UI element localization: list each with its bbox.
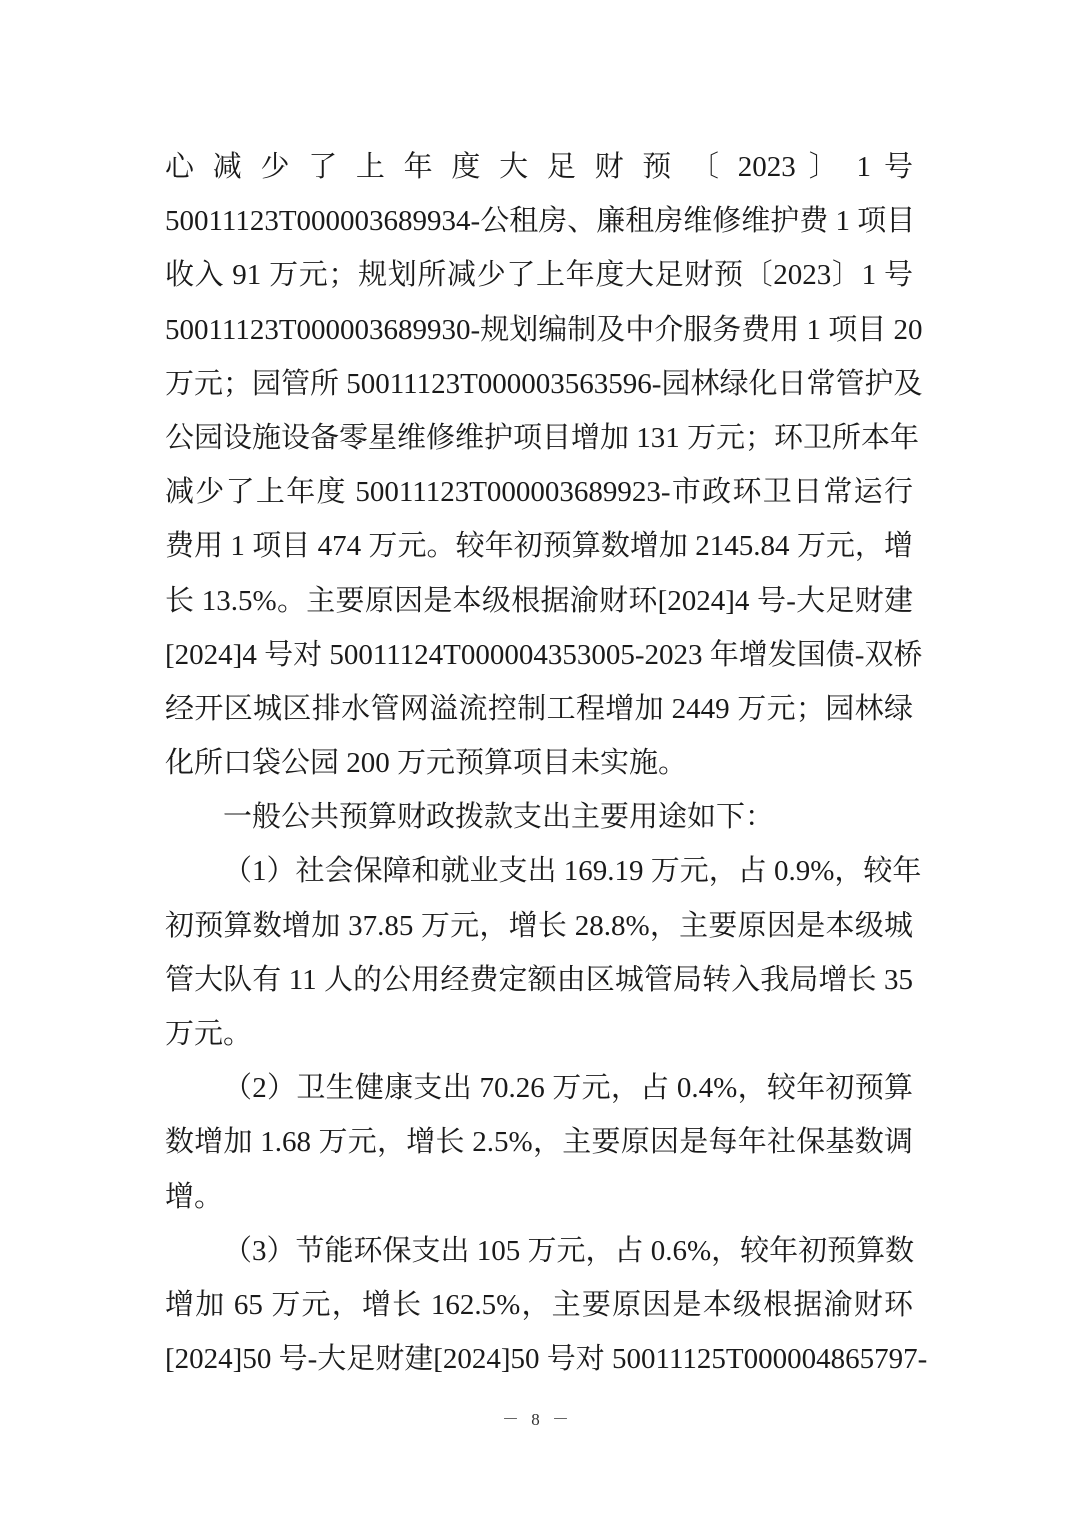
text-line: 心 减 少 了 上 年 度 大 足 财 预 〔 2023 〕 1 号 [165,140,913,194]
text-line: [2024]4 号对 50011124T000004353005-2023 年增… [165,628,913,682]
text-line: 经开区城区排水管网溢流控制工程增加 2449 万元；园林绿 [165,682,913,736]
text-line: 万元。 [165,1007,913,1061]
text-line: 增。 [165,1170,913,1224]
text-line: 长 13.5%。主要原因是本级根据渝财环[2024]4 号-大足财建 [165,574,913,628]
item-3-heading-line: （3）节能环保支出 105 万元，占 0.6%，较年初预算数 [165,1224,913,1278]
item-2-heading-line: （2）卫生健康支出 70.26 万元，占 0.4%，较年初预算 [165,1061,913,1115]
text-line: [2024]50 号-大足财建[2024]50 号对 50011125T0000… [165,1332,913,1386]
page-number: － 8 － [0,1405,1075,1430]
text-line: 50011123T000003689930-规划编制及中介服务费用 1 项目 2… [165,303,913,357]
body-text: 心 减 少 了 上 年 度 大 足 财 预 〔 2023 〕 1 号 50011… [165,140,913,1386]
item-1-heading-line: （1）社会保障和就业支出 169.19 万元，占 0.9%，较年 [165,844,913,898]
text-line: 数增加 1.68 万元，增长 2.5%，主要原因是每年社保基数调 [165,1115,913,1169]
text-line: 万元；园管所 50011123T000003563596-园林绿化日常管护及 [165,357,913,411]
text-line: 收入 91 万元；规划所减少了上年度大足财预〔2023〕1 号 [165,248,913,302]
text-line: 费用 1 项目 474 万元。较年初预算数增加 2145.84 万元，增 [165,519,913,573]
text-line: 50011123T000003689934-公租房、廉租房维修维护费 1 项目 [165,194,913,248]
text-line: 化所口袋公园 200 万元预算项目未实施。 [165,736,913,790]
text-line: 初预算数增加 37.85 万元，增长 28.8%，主要原因是本级城 [165,899,913,953]
text-line: 管大队有 11 人的公用经费定额由区城管局转入我局增长 35 [165,953,913,1007]
section-intro-line: 一般公共预算财政拨款支出主要用途如下： [165,790,913,844]
document-page: 心 减 少 了 上 年 度 大 足 财 预 〔 2023 〕 1 号 50011… [0,0,1075,1520]
text-line: 公园设施设备零星维修维护项目增加 131 万元；环卫所本年 [165,411,913,465]
text-line: 减少了上年度 50011123T000003689923-市政环卫日常运行 [165,465,913,519]
text-line: 增加 65 万元，增长 162.5%，主要原因是本级根据渝财环 [165,1278,913,1332]
